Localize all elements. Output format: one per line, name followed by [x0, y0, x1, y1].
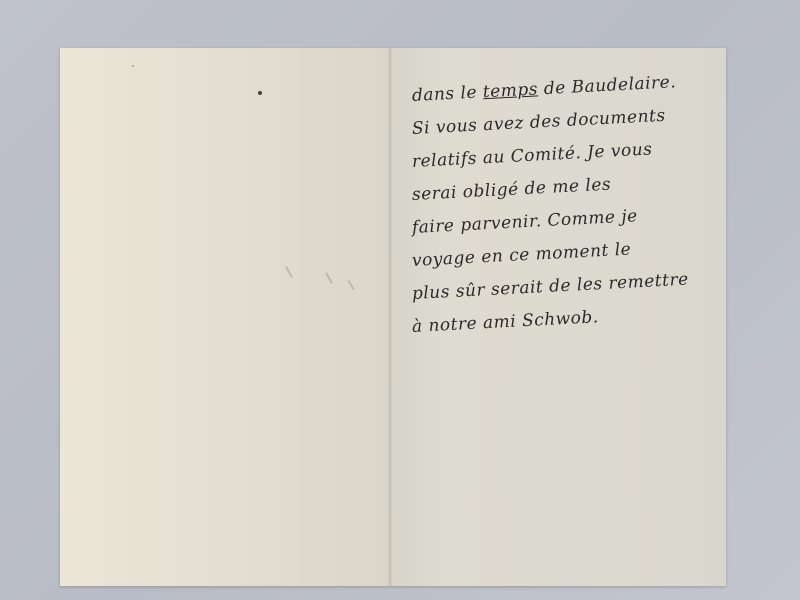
text-segment: à notre ami Schwob. [411, 307, 599, 337]
left-page [60, 48, 390, 586]
letter-sheet: dans le temps de Baudelaire. Si vous ave… [60, 48, 726, 586]
paper-speck [132, 65, 134, 67]
text-segment: voyage en ce moment le [411, 240, 631, 271]
handwritten-text: dans le temps de Baudelaire. Si vous ave… [412, 80, 712, 344]
center-fold [388, 48, 392, 586]
text-segment: relatifs au Comité. Je vous [411, 139, 652, 172]
text-segment: serai obligé de me les [411, 175, 611, 205]
text-segment: faire parvenir. Comme je [411, 206, 638, 238]
faint-mark [325, 272, 333, 283]
underlined-word: temps [482, 79, 538, 102]
text-segment: dans le [411, 82, 483, 106]
text-segment: de Baudelaire. [537, 72, 676, 99]
faint-mark [348, 280, 355, 290]
faint-mark [285, 266, 293, 277]
ink-spot [258, 91, 262, 95]
